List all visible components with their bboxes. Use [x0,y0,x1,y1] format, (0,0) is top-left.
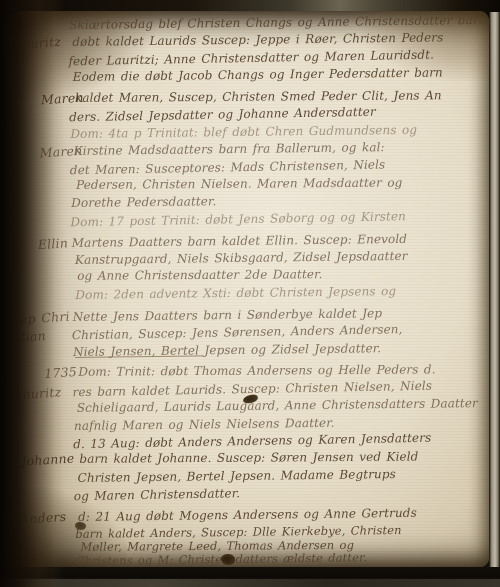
line-text: nafnlig Maren og Niels Nielsens Daatter. [74,415,335,432]
manuscript-line: Eodem die døbt Jacob Changs og Inger Ped… [73,65,487,87]
facing-page-edge [489,12,500,567]
manuscript-scan: Skiærtorsdag blef Christen Changs og Ann… [0,0,500,587]
line-text: Dom: 4ta p Trinitat: blef døbt Chren Gud… [70,123,417,141]
ink-blot [221,554,235,565]
line-text: Martens Daatters barn kaldet Ellin. Susc… [72,232,407,250]
background-surface [0,579,500,587]
line-text: d: 21 Aug døbt Mogens Andersens og Anne … [78,506,417,524]
manuscript-line: Dom: 2den adventz Xsti: døbt Christen Je… [75,283,489,305]
line-text: Christen Jepsen, Bertel Jepsen. Madame B… [78,467,396,485]
line-text: barn kaldet Johanne. Suscep: Søren Jense… [79,450,418,466]
manuscript-line: Niels Jensen, Bertel Jepsen og Zidsel Je… [73,339,487,361]
book-spine-shadow [0,0,64,587]
line-text: Pedersen, Christen Nielsen. Maren Madsda… [76,176,402,192]
register-page: Skiærtorsdag blef Christen Changs og Ann… [7,11,489,567]
line-text: Nette Jens Daatters barn i Sønderbye kal… [73,306,383,324]
line-text: Kanstrupgaard, Niels Skibsgaard, Zidsel … [75,249,408,267]
handwritten-text-block: Skiærtorsdag blef Christen Changs og Ann… [69,13,490,567]
line-text: ders. Zidsel Jepsdatter og Johanne Ander… [69,105,376,125]
line-text: og Anne Christensdaatter 2de Daatter. [77,268,322,284]
line-text: Dom: Trinit: døbt Thomas Andersens og He… [78,363,435,379]
line-text: Niels Jensen, Bertel Jepsen og Zidsel Je… [73,341,381,359]
line-text: Kirstine Madsdaatters barn fra Ballerum,… [74,140,385,158]
line-text: kaldet Maren, Suscep, Christen Smed Pede… [75,88,442,105]
line-text: og Maren Christensdatter. [74,486,241,503]
line-text: Dorethe Pedersdaatter. [71,195,216,211]
line-text: Dom: 2den adventz Xsti: døbt Christen Je… [75,284,396,302]
